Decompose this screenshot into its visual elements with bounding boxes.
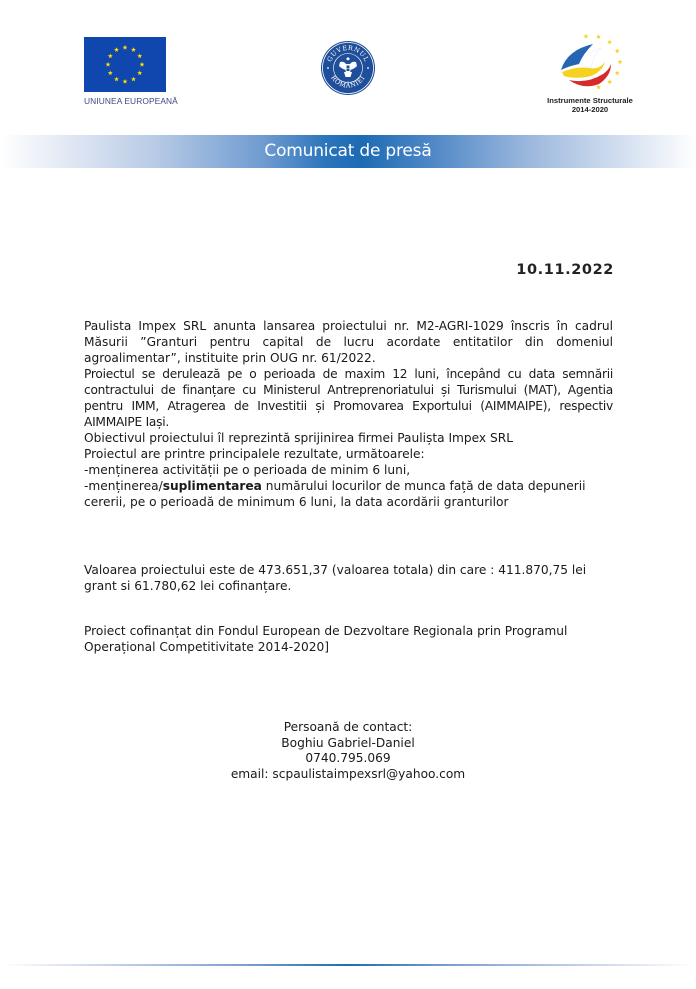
is-caption-line-1: Instrumente Structurale xyxy=(538,96,642,105)
contact-phone: 0740.795.069 xyxy=(0,751,696,767)
objective-paragraph: Obiectivul proiectului îl reprezintă spr… xyxy=(84,430,613,446)
guvernul-romaniei-logo: GUVERNUL ROMÂNIEI xyxy=(320,40,376,96)
intro-paragraph: Paulista Impex SRL anunta lansarea proie… xyxy=(84,318,613,366)
project-value-paragraph: Valoarea proiectului este de 473.651,37 … xyxy=(84,562,613,594)
footer-divider xyxy=(2,964,694,966)
funding-paragraph: Proiect cofinanțat din Fondul European d… xyxy=(84,623,613,655)
contact-name: Boghiu Gabriel-Daniel xyxy=(0,736,696,752)
contact-block: Persoană de contact: Boghiu Gabriel-Dani… xyxy=(0,720,696,782)
government-seal-icon: GUVERNUL ROMÂNIEI xyxy=(320,40,376,96)
press-release-banner: Comunicat de presă xyxy=(0,135,696,168)
is-caption-line-2: 2014-2020 xyxy=(538,105,642,114)
instrumente-structurale-logo xyxy=(553,30,629,94)
contact-email: email: scpaulistaimpexsrl@yahoo.com xyxy=(0,767,696,783)
eu-flag-logo xyxy=(84,37,166,92)
eu-flag-icon xyxy=(84,37,166,92)
duration-paragraph: Proiectul se derulează pe o perioada de … xyxy=(84,366,613,430)
eu-logo-caption: UNIUNEA EUROPEANĂ xyxy=(84,96,178,106)
instrumente-structurale-icon xyxy=(553,30,629,94)
result-2-bold: suplimentarea xyxy=(163,479,262,493)
project-value-section: Valoarea proiectului este de 473.651,37 … xyxy=(84,562,613,594)
release-date: 10.11.2022 xyxy=(516,262,614,278)
funding-section: Proiect cofinanțat din Fondul European d… xyxy=(84,623,613,655)
result-item-2: -menținerea/suplimentarea numărului locu… xyxy=(84,478,613,510)
result-item-1: -menținerea activității pe o perioada de… xyxy=(84,462,613,478)
results-intro: Proiectul are printre principalele rezul… xyxy=(84,446,613,462)
instrumente-structurale-caption: Instrumente Structurale 2014-2020 xyxy=(538,96,642,114)
press-release-body: Paulista Impex SRL anunta lansarea proie… xyxy=(84,318,613,510)
banner-title: Comunicat de presă xyxy=(0,135,696,168)
contact-label: Persoană de contact: xyxy=(0,720,696,736)
result-2-prefix: -menținerea/ xyxy=(84,479,163,493)
